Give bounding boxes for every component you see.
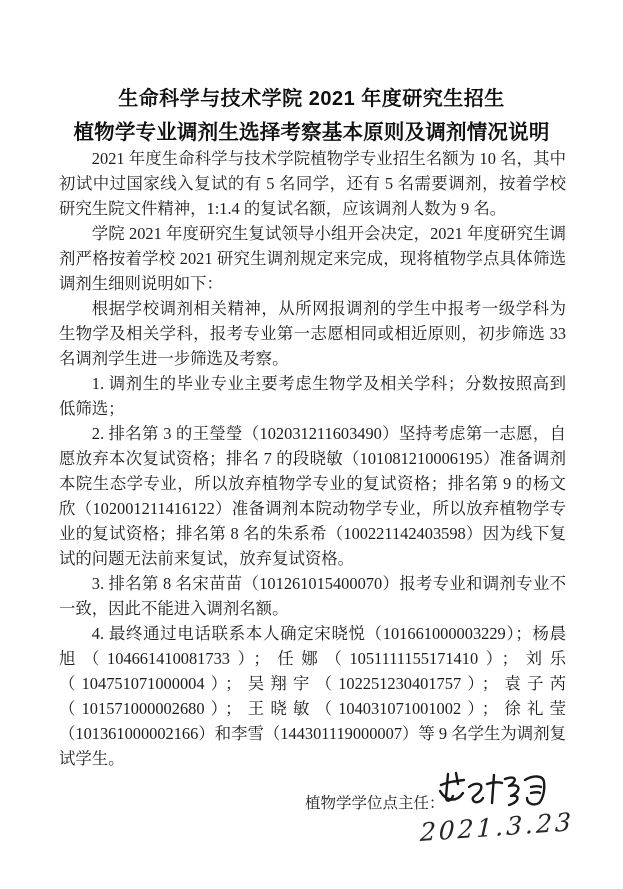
rule-item-4: 4. 最终通过电话联系本人确定宋晓悦（101661000003229）；杨晨旭（… — [59, 621, 566, 771]
rule-item-1: 1. 调剂生的毕业专业主要考虑生物学及相关学科；分数按照高到低筛选； — [59, 371, 566, 421]
document-page: 生命科学与技术学院 2021 年度研究生招生 植物学专业调剂生选择考察基本原则及… — [0, 0, 623, 889]
rule-item-2: 2. 排名第 3 的王瑩瑩（102031211603490）坚持考虑第一志愿，自… — [59, 421, 566, 571]
document-title-line1: 生命科学与技术学院 2021 年度研究生招生 — [0, 82, 623, 111]
paragraph-committee-decision: 学院 2021 年度研究生复试领导小组开会决定，2021 年度研究生调剂严格按着… — [59, 221, 566, 296]
document-body: 2021 年度生命科学与技术学院植物学专业招生名额为 10 名，其中初试中过国家… — [59, 146, 566, 771]
signature-label: 植物学学位点主任： — [305, 791, 445, 813]
document-title-line2: 植物学专业调剂生选择考察基本原则及调剂情况说明 — [0, 115, 623, 145]
rule-item-3: 3. 排名第 8 名宋苗苗（101261015400070）报考专业和调剂专业不… — [59, 571, 566, 621]
paragraph-initial-screening: 根据学校调剂相关精神，从所网报调剂的学生中报考一级学科为生物学及相关学科，报考专… — [59, 296, 566, 371]
paragraph-quota-intro: 2021 年度生命科学与技术学院植物学专业招生名额为 10 名，其中初试中过国家… — [59, 146, 566, 221]
